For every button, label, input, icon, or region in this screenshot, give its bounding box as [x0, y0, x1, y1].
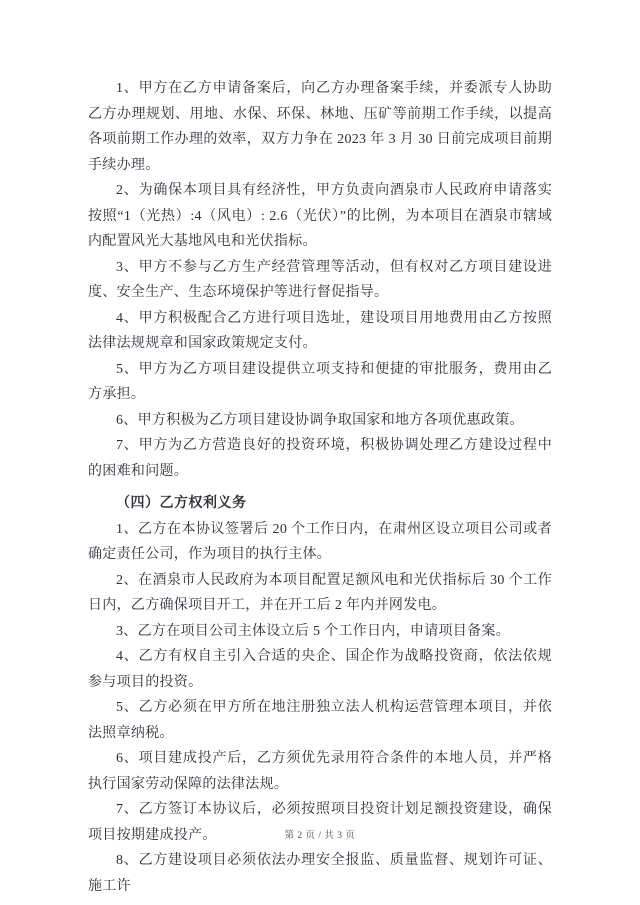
- document-page: 1、甲方在乙方申请备案后，向乙方办理备案手续，并委派专人协助乙方办理规划、用地、…: [0, 0, 640, 905]
- jia-clause-2: 2、为确保本项目具有经济性，甲方负责向酒泉市人民政府申请落实按照“1（光热）:4…: [88, 178, 552, 255]
- jia-clause-6: 6、甲方积极为乙方项目建设协调争取国家和地方各项优惠政策。: [88, 408, 552, 434]
- section-heading-yi: （四）乙方权利义务: [88, 491, 552, 517]
- jia-clause-7: 7、甲方为乙方营造良好的投资环境，积极协调处理乙方建设过程中的困难和问题。: [88, 433, 552, 484]
- jia-clause-3: 3、甲方不参与乙方生产经营管理等活动，但有权对乙方项目建设进度、安全生产、生态环…: [88, 255, 552, 306]
- yi-clause-5: 5、乙方必须在甲方所在地注册独立法人机构运营管理本项目，并依法照章纳税。: [88, 695, 552, 746]
- document-body: 1、甲方在乙方申请备案后，向乙方办理备案手续，并委派专人协助乙方办理规划、用地、…: [88, 76, 552, 899]
- yi-clause-6: 6、项目建成投产后，乙方须优先录用符合条件的本地人员，并严格执行国家劳动保障的法…: [88, 746, 552, 797]
- yi-clause-1: 1、乙方在本协议签署后 20 个工作日内，在肃州区设立项目公司或者确定责任公司，…: [88, 517, 552, 568]
- yi-clause-4: 4、乙方有权自主引入合适的央企、国企作为战略投资商，依法依规参与项目的投资。: [88, 644, 552, 695]
- page-number: 第 2 页 / 共 3 页: [0, 829, 640, 843]
- jia-clause-4: 4、甲方积极配合乙方进行项目选址，建设项目用地费用由乙方按照法律法规规章和国家政…: [88, 306, 552, 357]
- yi-clause-2: 2、在酒泉市人民政府为本项目配置足额风电和光伏指标后 30 个工作日内，乙方确保…: [88, 568, 552, 619]
- jia-clause-1: 1、甲方在乙方申请备案后，向乙方办理备案手续，并委派专人协助乙方办理规划、用地、…: [88, 76, 552, 178]
- yi-clause-8: 8、乙方建设项目必须依法办理安全报监、质量监督、规划许可证、施工许: [88, 848, 552, 899]
- jia-clause-5: 5、甲方为乙方项目建设提供立项支持和便捷的审批服务，费用由乙方承担。: [88, 357, 552, 408]
- yi-clause-3: 3、乙方在项目公司主体设立后 5 个工作日内，申请项目备案。: [88, 619, 552, 645]
